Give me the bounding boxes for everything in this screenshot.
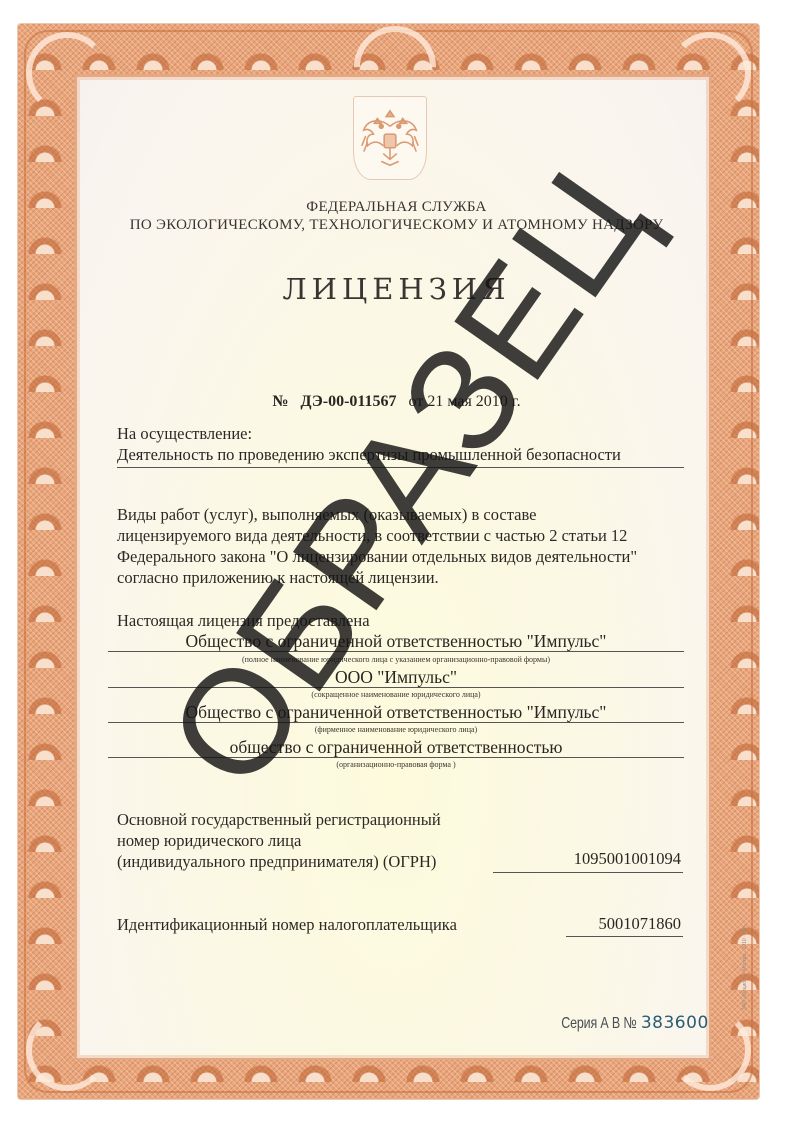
ogrn-value: 1095001001094 bbox=[493, 849, 683, 873]
purpose-label: На осуществление: bbox=[117, 424, 252, 445]
russian-coat-of-arms-icon bbox=[353, 96, 427, 180]
inn-label: Идентификационный номер налогоплательщик… bbox=[117, 915, 457, 936]
series-number-line: Серия А В № 383600 bbox=[540, 1013, 696, 1033]
series-number: 383600 bbox=[641, 1013, 709, 1033]
series-label: Серия А В № bbox=[561, 1015, 636, 1033]
ogrn-label-line-1: Основной государственный регистрационный bbox=[117, 810, 441, 831]
printer-imprint: ЗАО «Опцион» · Москва · 2010 · «Б» bbox=[742, 925, 748, 1010]
ogrn-label-line-3: (индивидуального предпринимателя) (ОГРН) bbox=[117, 852, 436, 873]
ogrn-label-line-2: номер юридического лица bbox=[117, 831, 301, 852]
inn-value: 5001071860 bbox=[566, 914, 683, 937]
license-number-prefix: № bbox=[272, 393, 288, 410]
